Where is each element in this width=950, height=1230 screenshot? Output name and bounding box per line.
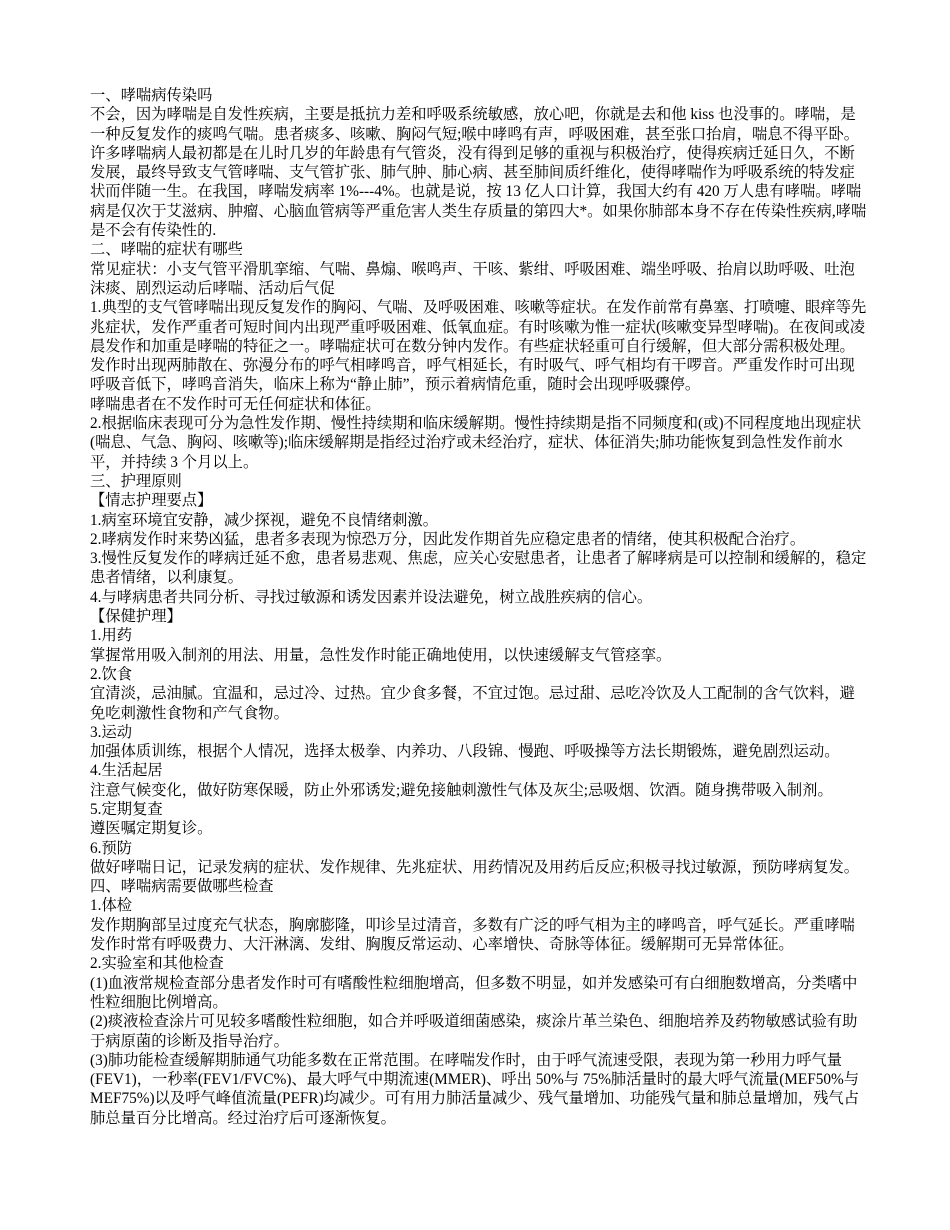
- body-paragraph: 1.典型的支气管哮喘出现反复发作的胸闷、气喘、及呼吸困难、咳嗽等症状。在发作前常…: [90, 298, 870, 356]
- body-paragraph: 掌握常用吸入制剂的用法、用量，急性发作时能正确地使用，以快速缓解支气管痉挛。: [90, 646, 870, 665]
- item-heading: 4.生活起居: [90, 761, 870, 780]
- body-paragraph: 4.与哮病患者共同分析、寻找过敏源和诱发因素并设法避免，树立战胜疾病的信心。: [90, 588, 870, 607]
- body-paragraph: 3.慢性反复发作的哮病迁延不愈，患者易悲观、焦虑，应关心安慰患者，让患者了解哮病…: [90, 549, 870, 588]
- item-heading: 3.运动: [90, 723, 870, 742]
- body-paragraph: 2.根据临床表现可分为急性发作期、慢性持续期和临床缓解期。慢性持续期是指不同频度…: [90, 414, 870, 472]
- body-paragraph: 遵医嘱定期复诊。: [90, 819, 870, 838]
- body-paragraph: (1)血液常规检查部分患者发作时可有嗜酸性粒细胞增高，但多数不明显，如并发感染可…: [90, 974, 870, 1013]
- section-heading: 三、护理原则: [90, 472, 870, 491]
- body-paragraph: 常见症状：小支气管平滑肌挛缩、气喘、鼻煽、喉鸣声、干咳、紫绀、呼吸困难、端坐呼吸…: [90, 260, 870, 299]
- item-heading: 5.定期复查: [90, 800, 870, 819]
- item-heading: 6.预防: [90, 839, 870, 858]
- body-paragraph: 宜清淡，忌油腻。宜温和，忌过冷、过热。宜少食多餐，不宜过饱。忌过甜、忌吃冷饮及人…: [90, 684, 870, 723]
- body-paragraph: 注意气候变化，做好防寒保暖，防止外邪诱发;避免接触刺激性气体及灰尘;忌吸烟、饮酒…: [90, 781, 870, 800]
- item-heading: 2.饮食: [90, 665, 870, 684]
- item-heading: 1.体检: [90, 896, 870, 915]
- section-heading: 二、哮喘的症状有哪些: [90, 240, 870, 259]
- body-paragraph: (2)痰液检查涂片可见较多嗜酸性粒细胞，如合并呼吸道细菌感染，痰涂片革兰染色、细…: [90, 1012, 870, 1051]
- body-paragraph: 2.哮病发作时来势凶猛，患者多表现为惊恐万分，因此发作期首先应稳定患者的情绪，使…: [90, 530, 870, 549]
- body-paragraph: 发作时出现两肺散在、弥漫分布的呼气相哮鸣音，呼气相延长，有时吸气、呼气相均有干啰…: [90, 356, 870, 395]
- body-paragraph: 不会，因为哮喘是自发性疾病，主要是抵抗力差和呼吸系统敏感，放心吧，你就是去和他 …: [90, 105, 870, 240]
- body-paragraph: 1.病室环境宜安静，减少探视，避免不良情绪刺激。: [90, 511, 870, 530]
- subsection-heading: 【保健护理】: [90, 607, 870, 626]
- article-body: 一、哮喘病传染吗 不会，因为哮喘是自发性疾病，主要是抵抗力差和呼吸系统敏感，放心…: [90, 86, 870, 1128]
- body-paragraph: 做好哮喘日记，记录发病的症状、发作规律、先兆症状、用药情况及用药后反应;积极寻找…: [90, 858, 870, 877]
- document-page: 一、哮喘病传染吗 不会，因为哮喘是自发性疾病，主要是抵抗力差和呼吸系统敏感，放心…: [0, 0, 950, 1230]
- item-heading: 2.实验室和其他检查: [90, 954, 870, 973]
- subsection-heading: 【情志护理要点】: [90, 491, 870, 510]
- body-paragraph: 哮喘患者在不发作时可无任何症状和体征。: [90, 395, 870, 414]
- body-paragraph: 加强体质训练，根据个人情况，选择太极拳、内养功、八段锦、慢跑、呼吸操等方法长期锻…: [90, 742, 870, 761]
- section-heading: 一、哮喘病传染吗: [90, 86, 870, 105]
- section-heading: 四、哮喘病需要做哪些检查: [90, 877, 870, 896]
- body-paragraph: (3)肺功能检查缓解期肺通气功能多数在正常范围。在哮喘发作时，由于呼气流速受限，…: [90, 1051, 870, 1128]
- body-paragraph: 发作期胸部呈过度充气状态，胸廓膨隆，叩诊呈过清音，多数有广泛的呼气相为主的哮鸣音…: [90, 916, 870, 955]
- item-heading: 1.用药: [90, 626, 870, 645]
